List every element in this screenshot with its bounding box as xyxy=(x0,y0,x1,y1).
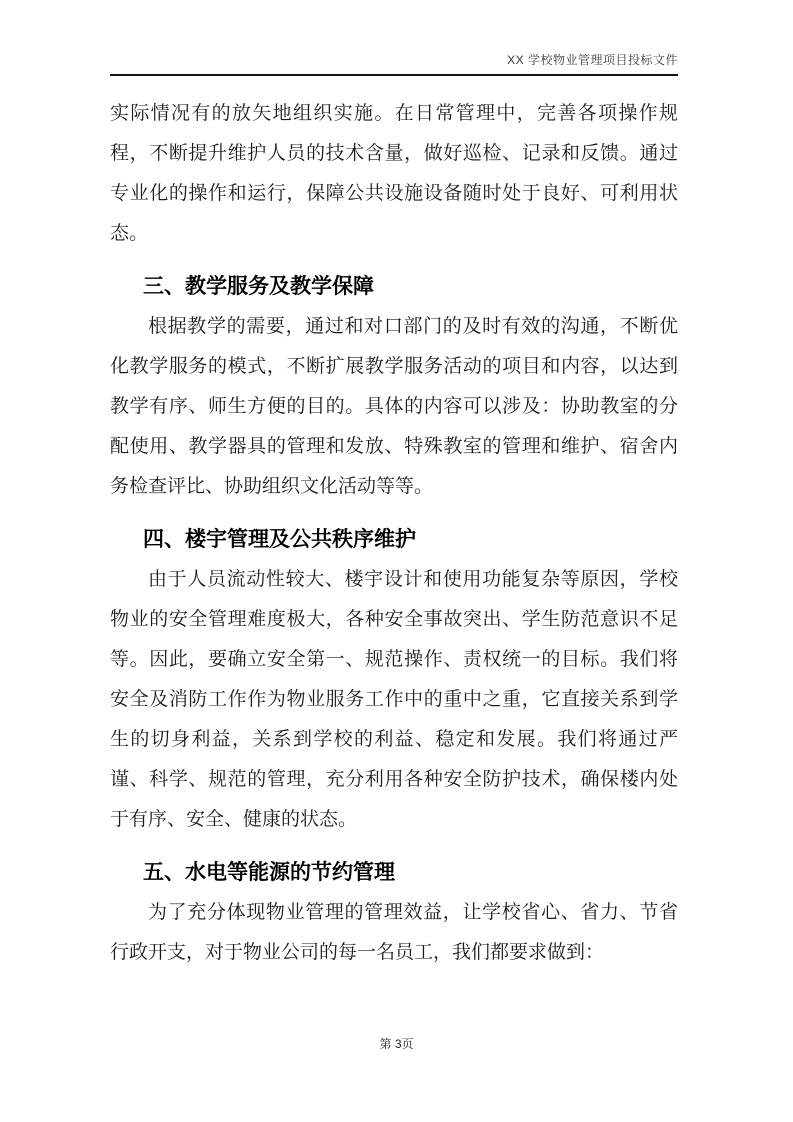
page-header: XX 学校物业管理项目投标文件 xyxy=(110,52,678,76)
section-heading: 四、楼宇管理及公共秩序维护 xyxy=(110,520,678,560)
header-title: XX 学校物业管理项目投标文件 xyxy=(507,53,678,67)
body-paragraph: 为了充分体现物业管理的管理效益，让学校省心、省力、节省行政开支，对于物业公司的每… xyxy=(110,893,678,973)
doc-content: 实际情况有的放矢地组织实施。在日常管理中，完善各项操作规程，不断提升维护人员的技… xyxy=(110,94,678,973)
page-number: 第 3页 xyxy=(379,1037,413,1051)
body-paragraph: 根据教学的需要，通过和对口部门的及时有效的沟通，不断优化教学服务的模式，不断扩展… xyxy=(110,307,678,507)
body-paragraph: 实际情况有的放矢地组织实施。在日常管理中，完善各项操作规程，不断提升维护人员的技… xyxy=(110,94,678,254)
body-paragraph: 由于人员流动性较大、楼宇设计和使用功能复杂等原因，学校物业的安全管理难度极大，各… xyxy=(110,560,678,840)
section-heading: 五、水电等能源的节约管理 xyxy=(110,853,678,893)
document-page: XX 学校物业管理项目投标文件 实际情况有的放矢地组织实施。在日常管理中，完善各… xyxy=(0,0,793,1122)
page-footer: 第 3页 xyxy=(0,1036,793,1052)
section-heading: 三、教学服务及教学保障 xyxy=(110,267,678,307)
